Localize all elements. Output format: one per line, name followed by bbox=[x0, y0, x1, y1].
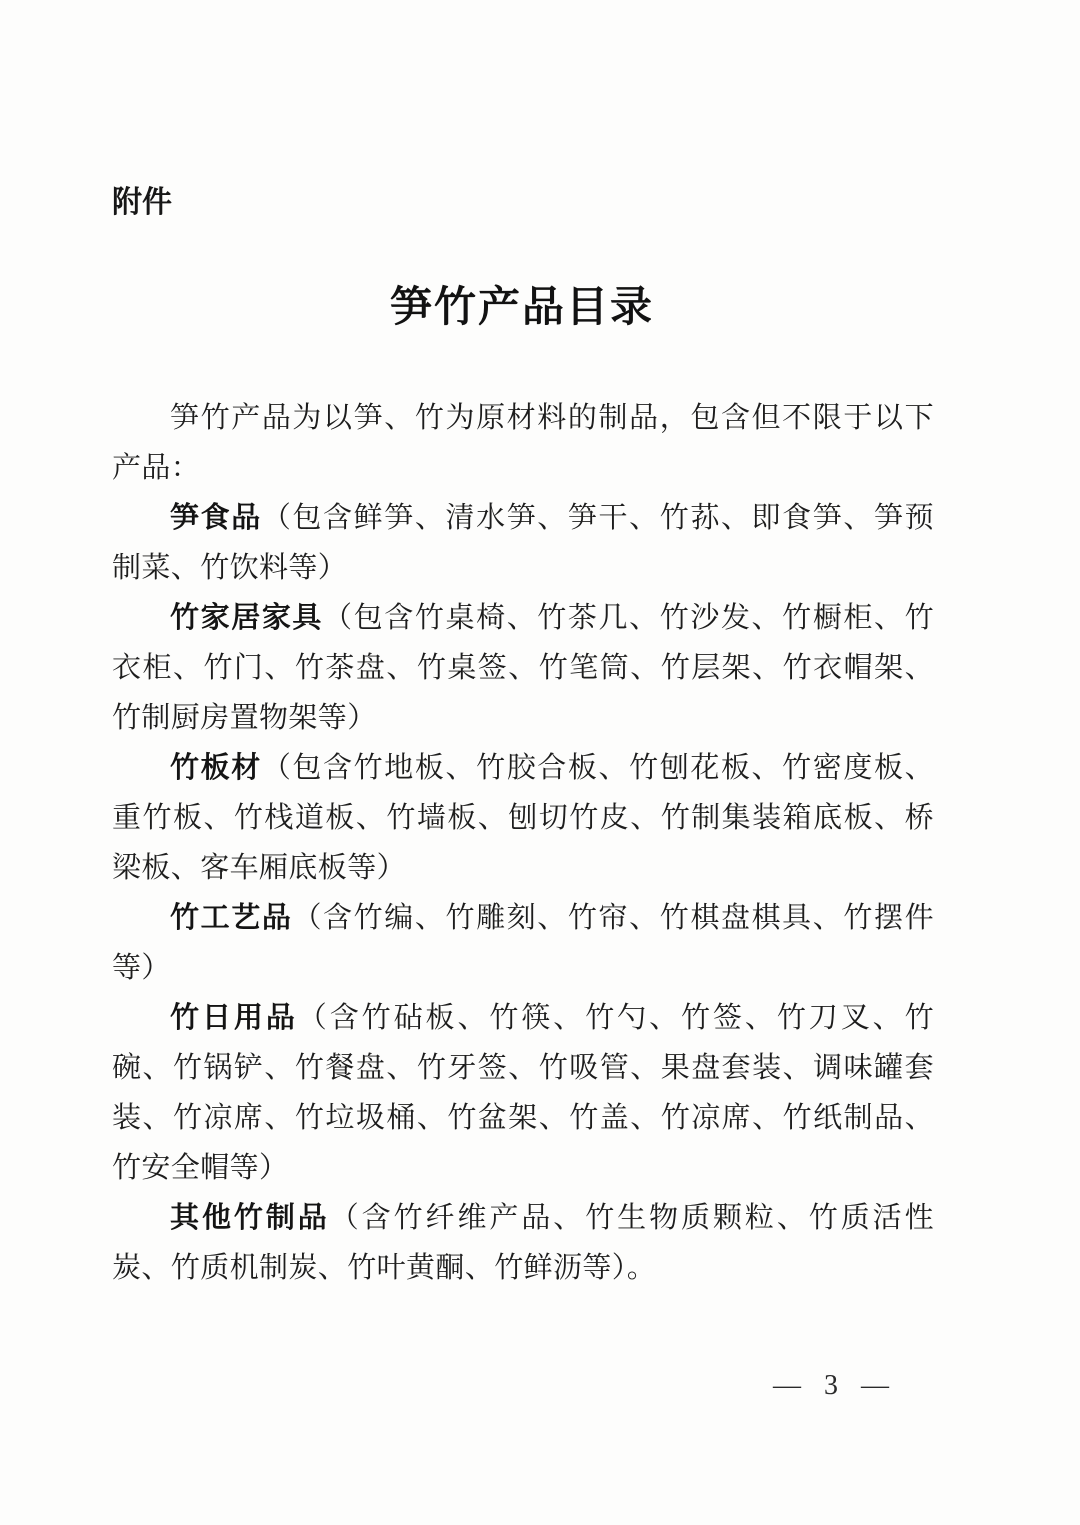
page-number: — 3 — bbox=[0, 1369, 897, 1403]
document-body: 笋竹产品为以笋、竹为原材料的制品，包含但不限于以下产品： 笋食品（包含鲜笋、清水… bbox=[112, 393, 934, 1293]
section-paragraph-furniture: 竹家居家具（包含竹桌椅、竹茶几、竹沙发、竹橱柜、竹衣柜、竹门、竹茶盘、竹桌签、竹… bbox=[112, 593, 934, 743]
section-name: 竹日用品 bbox=[170, 1002, 298, 1034]
section-paragraph-shoot-food: 笋食品（包含鲜笋、清水笋、笋干、竹荪、即食笋、笋预制菜、竹饮料等） bbox=[112, 493, 934, 593]
document-title: 笋竹产品目录 bbox=[112, 284, 932, 332]
section-name: 竹板材 bbox=[170, 752, 262, 784]
section-paragraph-crafts: 竹工艺品（含竹编、竹雕刻、竹帘、竹棋盘棋具、竹摆件等） bbox=[112, 893, 934, 993]
intro-paragraph: 笋竹产品为以笋、竹为原材料的制品，包含但不限于以下产品： bbox=[112, 393, 934, 493]
section-name: 笋食品 bbox=[170, 502, 262, 534]
section-name: 其他竹制品 bbox=[170, 1202, 330, 1234]
document-page: 附件 笋竹产品目录 笋竹产品为以笋、竹为原材料的制品，包含但不限于以下产品： 笋… bbox=[0, 0, 1080, 1525]
section-paragraph-other-products: 其他竹制品（含竹纤维产品、竹生物质颗粒、竹质活性炭、竹质机制炭、竹叶黄酮、竹鲜沥… bbox=[112, 1193, 934, 1293]
section-paragraph-daily-goods: 竹日用品（含竹砧板、竹筷、竹勺、竹签、竹刀叉、竹碗、竹锅铲、竹餐盘、竹牙签、竹吸… bbox=[112, 993, 934, 1193]
section-name: 竹工艺品 bbox=[170, 902, 292, 934]
attachment-label: 附件 bbox=[0, 0, 1080, 220]
section-name: 竹家居家具 bbox=[170, 602, 323, 634]
section-paragraph-boards: 竹板材（包含竹地板、竹胶合板、竹刨花板、竹密度板、重竹板、竹栈道板、竹墙板、刨切… bbox=[112, 743, 934, 893]
